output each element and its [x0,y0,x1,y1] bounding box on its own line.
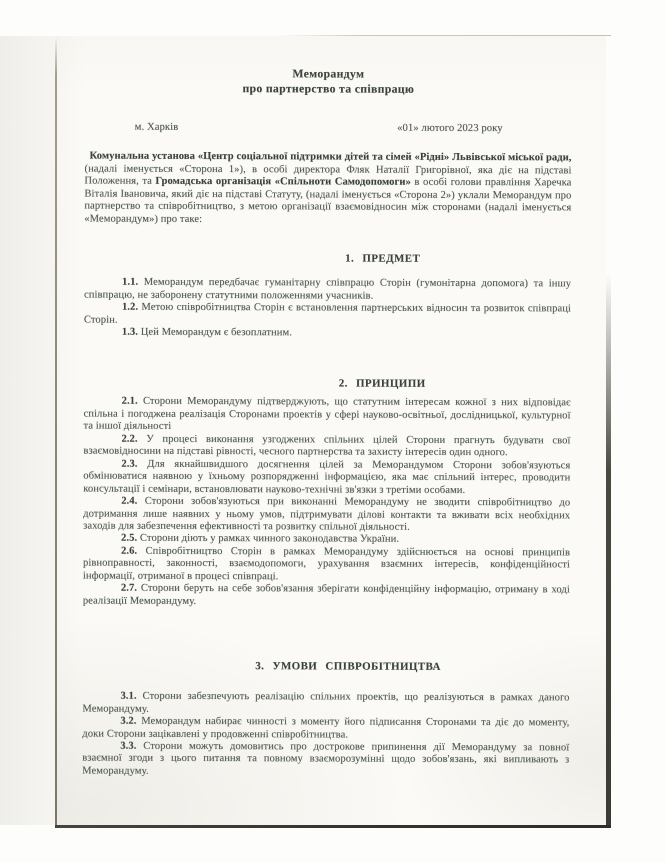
clause-paragraph: 2.3. Для якнайшвидшого досягнення цілей … [83,458,570,497]
paper-edge-right [606,36,611,828]
scanned-page: Меморандум про партнерство та співпрацю … [0,0,666,862]
meta-row: м. Харків «01» лютого 2023 року [85,121,572,135]
clause-number: 2.2. [121,433,146,444]
document-content: Меморандум про партнерство та співпрацю … [54,35,606,779]
clause-text: Сторони діють у рамках чинного законодав… [140,533,399,545]
document-title: Меморандум про партнерство та співпрацю [85,65,572,97]
clause-paragraph: 3.1. Сторони забезпечують реалізацію спі… [82,691,569,718]
clause-text: У процесі виконання узгоджених спільних … [83,434,570,459]
clause-number: 2.6. [121,545,146,556]
clause-paragraph: 2.4. Сторони зобов'язуються при виконанн… [83,496,570,535]
section-heading: 3. УМОВИ СПІВРОБІТНИЦТВА [105,660,592,675]
place-label: м. Харків [135,122,179,135]
intro-bold-segment: Комунальна установа «Центр соціальної пі… [90,151,572,164]
clause-number: 1.2. [122,302,141,313]
clause-paragraph: 2.6. Співробітництво Сторін в рамках Мем… [83,545,570,584]
clause-paragraph: 3.3. Сторони можуть домовитись про достр… [82,740,569,779]
clause-paragraph: 2.1. Сторони Меморандуму підтверджують, … [83,396,570,435]
clause-number: 1.3. [122,327,141,338]
clause-number: 2.3. [121,458,147,469]
scan-background-strip [0,36,57,825]
clause-text: Сторони беруть на себе зобов'язання збер… [83,583,570,607]
clause-number: 2.5. [121,533,140,544]
clause-number: 3.2. [120,716,141,727]
clause-text: Цей Меморандум є безоплатним. [141,327,292,339]
section: 2. ПРИНЦИПИ2.1. Сторони Меморандуму підт… [83,377,571,610]
intro-paragraph: Комунальна установа «Центр соціальної пі… [84,151,571,228]
clause-paragraph: 2.2. У процесі виконання узгоджених спіл… [83,433,570,460]
paper: Меморандум про партнерство та співпрацю … [57,36,606,825]
clause-text: Метою співробітництва Сторін є встановле… [84,302,571,325]
clause-text: Меморандум передбачає гуманітарну співпр… [84,277,571,301]
section: 3. УМОВИ СПІВРОБІТНИЦТВА3.1. Сторони заб… [82,660,569,780]
paper-edge-top [277,35,611,36]
clause-paragraph: 2.7. Сторони беруть на себе зобов'язання… [83,583,570,610]
section: 1. ПРЕДМЕТ1.1. Меморандум передбачає гум… [84,252,571,341]
clause-number: 2.1. [122,396,143,407]
clause-paragraph: 3.2. Меморандум набирає чинності з момен… [82,716,569,743]
clause-number: 3.1. [120,691,142,702]
clause-paragraph: 1.2. Метою співробітництва Сторін є вста… [84,302,571,329]
paper-edge-bottom [55,825,611,828]
clause-text: Сторони зобов'язуються при виконанні Мем… [83,496,570,533]
clause-number: 2.7. [121,583,141,594]
section-heading: 1. ПРЕДМЕТ [139,252,626,267]
clause-text: Меморандум набирає чинності з моменту йо… [82,716,569,740]
clause-number: 1.1. [122,277,144,288]
intro-bold-segment: Громадська організація «Спільноти Самодо… [155,176,410,188]
clause-number: 3.3. [120,741,143,752]
clause-text: Для якнайшвидшого досягнення цілей за Ме… [83,458,570,495]
clause-text: Сторони забезпечують реалізацію спільних… [82,691,569,714]
paper-edge-left [55,36,57,827]
clause-paragraph: 1.3. Цей Меморандум є безоплатним. [84,326,571,340]
title-line-2: про партнерство та співпрацю [85,80,572,97]
clause-paragraph: 1.1. Меморандум передбачає гуманітарну с… [84,277,571,304]
section-heading: 2. ПРИНЦИПИ [139,377,626,392]
clause-text: Співробітництво Сторін в рамках Меморанд… [83,546,570,582]
sections: 1. ПРЕДМЕТ1.1. Меморандум передбачає гум… [82,252,571,780]
clause-number: 2.4. [121,496,145,507]
clause-text: Сторони Меморандуму підтверджують, що ст… [83,396,570,432]
date-label: «01» лютого 2023 року [397,123,503,136]
clause-text: Сторони можуть домовитись про дострокове… [82,741,569,777]
